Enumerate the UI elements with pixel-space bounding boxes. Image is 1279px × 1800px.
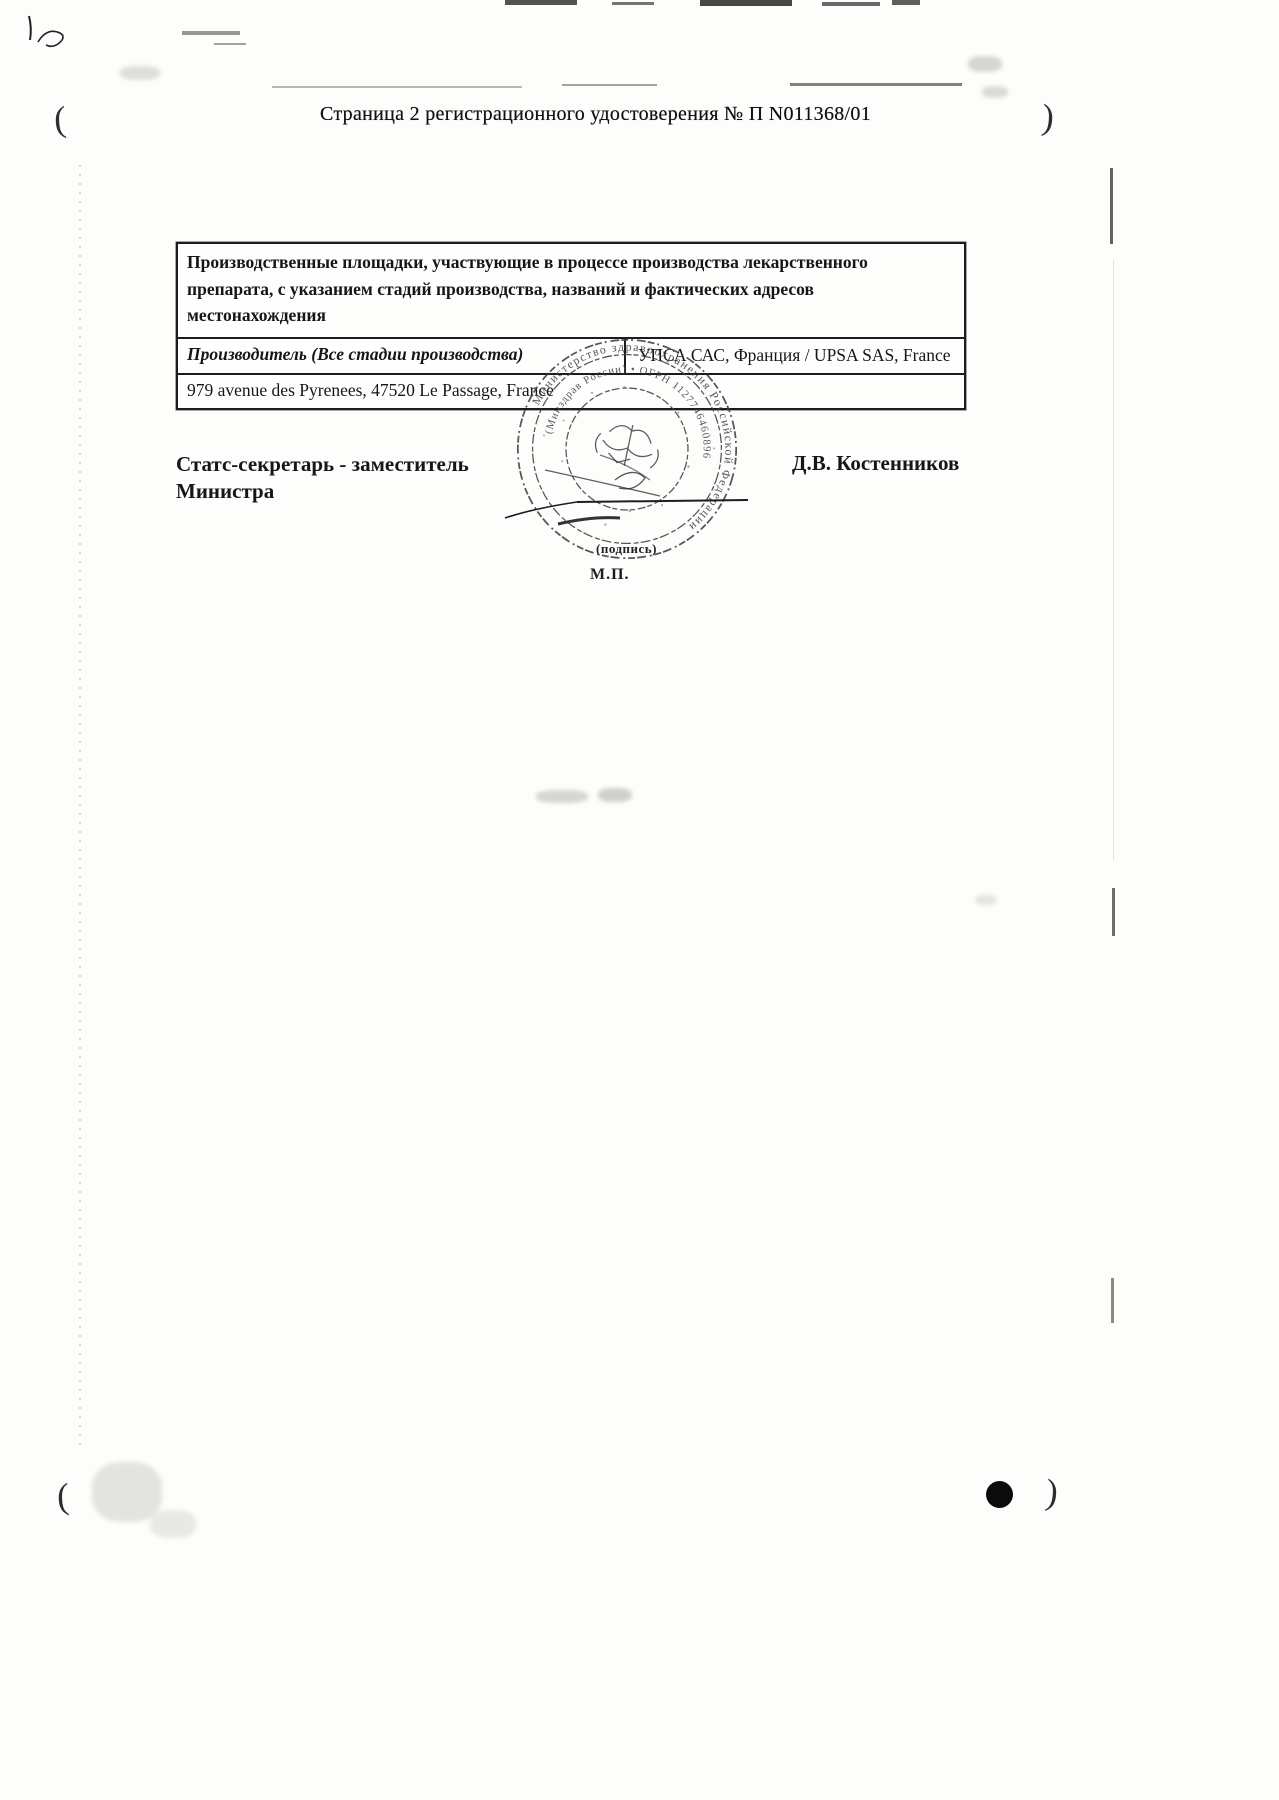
signatory-title-line1: Статс-секретарь - заместитель xyxy=(176,451,469,478)
scan-noise xyxy=(272,86,522,88)
scan-noise xyxy=(790,83,962,86)
scan-smudge xyxy=(975,895,997,905)
scan-artifact-bracket: ( xyxy=(56,1475,70,1518)
signatory-name: Д.В. Костенников xyxy=(792,451,959,476)
signatory-title-line2: Министра xyxy=(176,478,469,505)
scan-artifact-bracket: ) xyxy=(1044,1470,1060,1513)
signature-caption: (подпись) xyxy=(596,541,657,557)
handwritten-signature xyxy=(495,440,765,585)
table-header-cell: Производственные площадки, участвующие в… xyxy=(178,244,964,339)
scan-smudge xyxy=(92,1462,162,1522)
scan-noise xyxy=(562,84,657,86)
corner-scribble xyxy=(22,10,74,58)
page-title: Страница 2 регистрационного удостоверени… xyxy=(320,103,871,126)
scan-edge-line xyxy=(1111,1278,1114,1323)
scan-noise xyxy=(700,0,792,6)
scan-smudge xyxy=(536,790,588,803)
scanned-document-page: ( ) ( ) Страница 2 регистрационного удос… xyxy=(0,0,1279,1800)
scan-smudge xyxy=(598,788,632,802)
scan-edge-line xyxy=(1113,260,1114,860)
scan-noise xyxy=(892,0,920,5)
scan-edge-line xyxy=(1112,888,1115,936)
scan-smudge xyxy=(968,56,1002,72)
seal-place-mark: М.П. xyxy=(590,566,630,584)
punch-hole-dot xyxy=(986,1481,1013,1508)
scan-noise xyxy=(612,2,654,5)
scan-noise xyxy=(505,0,577,5)
scan-noise xyxy=(214,43,246,45)
scan-artifact-bracket: ( xyxy=(53,98,68,141)
scan-noise xyxy=(182,31,240,35)
scan-noise xyxy=(822,2,880,6)
scan-smudge xyxy=(150,1510,196,1538)
scan-edge-dots xyxy=(79,165,81,1450)
scan-smudge xyxy=(120,66,160,80)
signatory-title: Статс-секретарь - заместитель Министра xyxy=(176,451,469,504)
scan-smudge xyxy=(982,86,1008,98)
scan-edge-line xyxy=(1110,168,1113,244)
scan-artifact-bracket: ) xyxy=(1040,96,1056,139)
